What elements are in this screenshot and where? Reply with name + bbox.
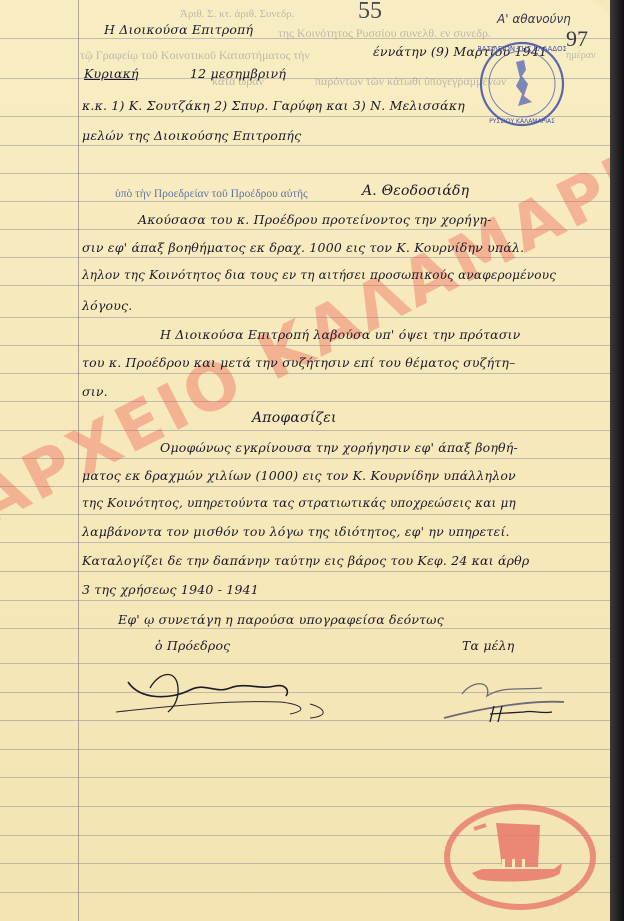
municipal-seal-stamp: ΒΑΣΙΛΕΙΟΝ ΤΗΣ ΕΛΛΑΔΟΣ ΡΥΣΣΙΟΥ ΚΑΛΑΜΑΡΙΑΣ — [478, 40, 566, 128]
ruled-line — [0, 145, 612, 146]
page-number: 55 — [358, 0, 382, 25]
handwritten-line: Η Διοικούσα Επιτροπή λαβούσα υπ' όψει τη… — [160, 327, 520, 342]
handwritten-line: Α. Θεοδοσιάδη — [362, 183, 469, 199]
ruled-line — [0, 628, 612, 629]
handwritten-line: λαμβάνοντα τον μισθόν του λόγω της ιδιότ… — [82, 524, 510, 539]
ruled-line — [0, 173, 612, 174]
handwritten-line: Η Διοικούσα Επιτροπή — [104, 22, 253, 37]
ruled-line — [0, 777, 612, 778]
ruled-line — [0, 285, 612, 286]
printed-form-line1: της Κοινότητος Ρυσσίου συνελθ. εν συνεδρ… — [278, 26, 491, 41]
printed-presiding: ὑπὸ τὴν Προεδρείαν τοῦ Προέδρου αὐτῆς — [115, 188, 308, 200]
decision-heading: Αποφασίζει — [252, 410, 337, 426]
president-signature — [110, 660, 350, 720]
handwritten-line: 3 της χρήσεως 1940 - 1941 — [82, 582, 259, 597]
handwritten-line: σιν εφ' άπαξ βοηθήματος εκ δραχ. 1000 ει… — [82, 240, 524, 255]
handwritten-line: Ομοφώνως εγκρίνουσα την χορήγησιν εφ' άπ… — [160, 440, 518, 455]
folio-number: 97 — [566, 26, 588, 52]
handwritten-line: ματος εκ δραχμών χιλίων (1000) εις τον Κ… — [82, 468, 516, 483]
president-label: ὁ Πρόεδρος — [155, 638, 230, 653]
handwritten-line: σιν. — [82, 384, 108, 399]
printed-header-faded: Ἀριθ. Σ. κτ. ἀριθ. Συνεδρ. — [180, 8, 294, 20]
folio-label: Α' αθανούνη — [497, 12, 571, 26]
handwritten-line: Εφ' ῳ συνετάγη η παρούσα υπογραφείσα δεό… — [118, 612, 444, 627]
ruled-line — [0, 542, 612, 543]
ruled-line — [0, 749, 612, 750]
handwritten-line: Κυριακή — [84, 66, 139, 81]
handwritten-line: του κ. Προέδρου και μετά την συζήτησιν ε… — [82, 355, 516, 370]
ruled-line — [0, 401, 612, 402]
binding-edge — [610, 0, 624, 921]
seal-text-bottom: ΡΥΣΣΙΟΥ ΚΑΛΑΜΑΡΙΑΣ — [489, 118, 555, 125]
handwritten-line: 12 μεσημβρινή — [190, 66, 286, 81]
archive-ship-stamp — [442, 803, 598, 911]
handwritten-line: Καταλογίζει δε την δαπάνην ταύτην εις βά… — [82, 553, 529, 568]
members-signature — [432, 670, 582, 730]
ruled-line — [0, 571, 612, 572]
handwritten-line: ληλον της Κοινότητος δια τους εν τη αιτή… — [82, 268, 556, 282]
handwritten-line: Ακούσασα του κ. Προέδρου προτείνοντος τη… — [138, 212, 492, 227]
seal-text-top: ΒΑΣΙΛΕΙΟΝ ΤΗΣ ΕΛΛΑΔΟΣ — [478, 45, 566, 53]
document-page: ΑΡΧΕΙΟ ΚΑΛΑΜΑΡΙΑΣ Ἀριθ. Σ. κτ. ἀριθ. Συν… — [0, 0, 612, 921]
handwritten-line: της Κοινότητος, υπηρετούντα τας στρατιωτ… — [82, 496, 516, 510]
handwritten-line: κ.κ. 1) Κ. Σουτζάκη 2) Σπυρ. Γαρύφη και … — [82, 98, 465, 113]
members-label: Τα μέλη — [462, 638, 514, 653]
handwritten-line: λόγους. — [82, 298, 132, 313]
printed-form-line2: τῷ Γραφείῳ τοῦ Κοινοτικοῦ Καταστήματος τ… — [80, 48, 310, 63]
handwritten-line: μελών της Διοικούσης Επιτροπής — [82, 128, 301, 143]
ruled-line — [0, 514, 612, 515]
ruled-line — [0, 600, 612, 601]
